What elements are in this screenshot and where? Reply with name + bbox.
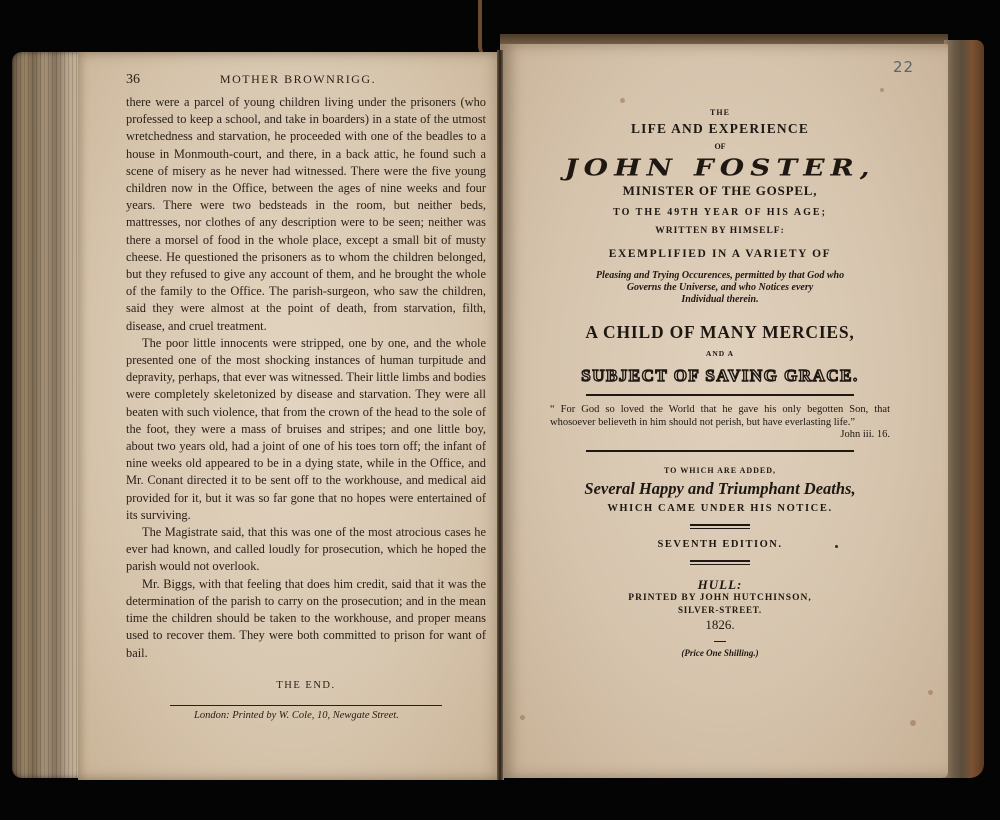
pencil-page-number: 22 — [893, 58, 914, 76]
double-rule — [690, 560, 750, 565]
the-end: THE END. — [126, 680, 486, 691]
publication-year: 1826. — [540, 617, 900, 633]
printer-street: SILVER-STREET. — [540, 605, 900, 615]
and-a: AND A — [540, 349, 900, 358]
which-came-under: WHICH CAME UNDER HIS NOTICE. — [540, 503, 900, 514]
several-happy-deaths: Several Happy and Triumphant Deaths, — [540, 479, 900, 499]
title-of: OF — [540, 142, 900, 151]
title-page: THE LIFE AND EXPERIENCE OF JOHN FOSTER, … — [540, 108, 900, 658]
price: (Price One Shilling.) — [540, 648, 900, 658]
paragraph: there were a parcel of young children li… — [126, 94, 486, 335]
foxing-spot — [928, 690, 933, 695]
left-page-edges — [12, 52, 84, 778]
running-title: MOTHER BROWNRIGG. — [140, 72, 456, 88]
left-page-content: 36 MOTHER BROWNRIGG. there were a parcel… — [126, 72, 486, 721]
exemplified: EXEMPLIFIED IN A VARIETY OF — [540, 248, 900, 260]
child-of-many-mercies: A CHILD OF MANY MERCIES, — [540, 322, 900, 343]
title-life-and-experience: LIFE AND EXPERIENCE — [540, 121, 900, 137]
book-gutter — [497, 50, 503, 780]
open-book: 22 36 MOTHER BROWNRIGG. there were a par… — [0, 0, 1000, 820]
to-which-are-added: TO WHICH ARE ADDED, — [540, 466, 900, 475]
subtitle-italic: Pleasing and Trying Occurences, permitte… — [540, 270, 900, 306]
author-age: TO THE 49TH YEAR OF HIS AGE; — [540, 207, 900, 218]
quote-text: “ For God so loved the World that he gav… — [550, 404, 890, 428]
double-rule — [690, 524, 750, 529]
imprint-rule — [170, 705, 442, 706]
body-text: there were a parcel of young children li… — [126, 94, 486, 662]
subtitle-line: Pleasing and Trying Occurences, permitte… — [540, 270, 900, 282]
paragraph: The poor little innocents were stripped,… — [126, 335, 486, 524]
page-number: 36 — [126, 72, 140, 88]
author-role: MINISTER OF THE GOSPEL, — [540, 183, 900, 199]
running-head: 36 MOTHER BROWNRIGG. — [126, 72, 486, 88]
subject-of-saving-grace: SUBJECT OF SAVING GRACE. — [540, 366, 900, 386]
bookmark-ribbon — [478, 0, 492, 58]
foxing-spot — [880, 88, 884, 92]
author-name: JOHN FOSTER, — [540, 154, 900, 182]
printer-imprint: London: Printed by W. Cole, 10, Newgate … — [194, 710, 486, 721]
written-by: WRITTEN BY HIMSELF: — [540, 226, 900, 236]
right-cover-edge — [944, 40, 984, 778]
foxing-spot — [520, 715, 525, 720]
printer: PRINTED BY JOHN HUTCHINSON, — [540, 593, 900, 603]
divider-rule — [586, 394, 854, 396]
foxing-spot — [910, 720, 916, 726]
publication-place: HULL: — [540, 577, 900, 593]
subtitle-line: Individual therein. — [540, 294, 900, 306]
subtitle-line: Governs the Universe, and who Notices ev… — [540, 282, 900, 294]
edition: SEVENTH EDITION. — [540, 539, 900, 550]
divider-rule — [586, 450, 854, 452]
short-rule — [714, 641, 726, 642]
scripture-quote: “ For God so loved the World that he gav… — [550, 404, 890, 442]
title-the: THE — [540, 108, 900, 117]
quote-reference: John iii. 16. — [840, 429, 890, 442]
paragraph: Mr. Biggs, with that feeling that does h… — [126, 576, 486, 662]
foxing-spot — [620, 98, 625, 103]
paragraph: The Magistrate said, that this was one o… — [126, 524, 486, 576]
